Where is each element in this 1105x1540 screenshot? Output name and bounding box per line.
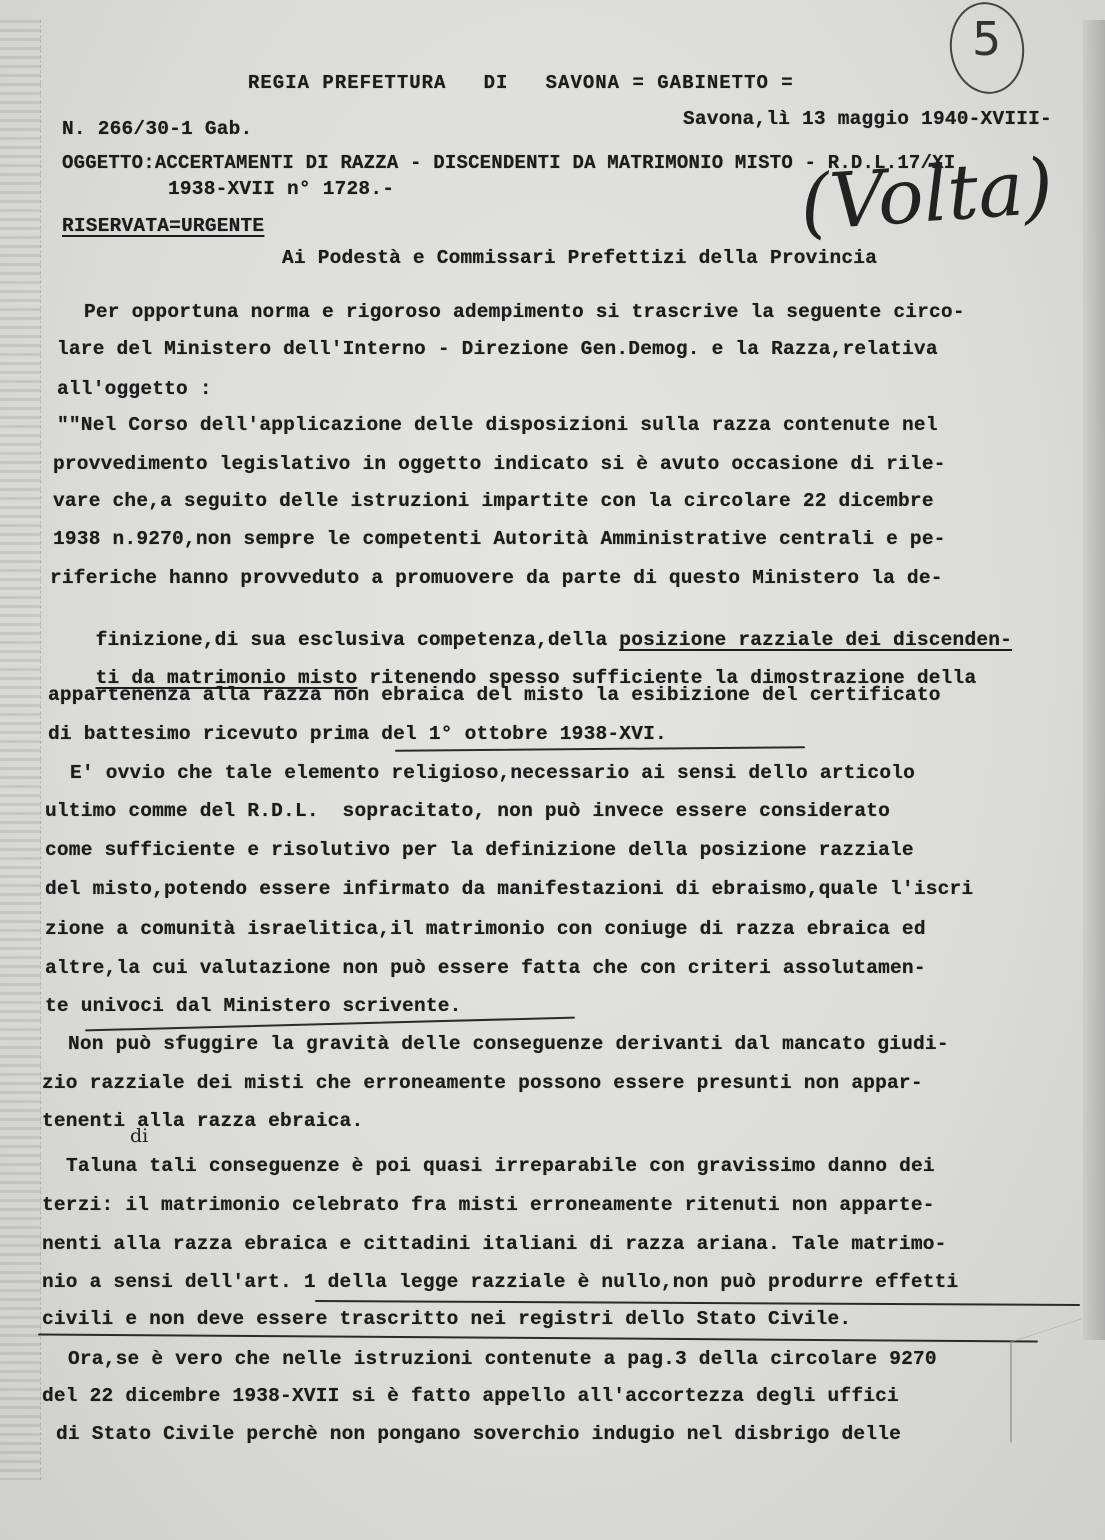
protocol-number: N. 266/30-1 Gab. [62, 118, 252, 140]
handwritten-insertion: di [130, 1125, 148, 1147]
body-line: ""Nel Corso dell'applicazione delle disp… [57, 414, 938, 436]
body-line: ultimo comme del R.D.L. sopracitato, non… [45, 800, 890, 822]
page-right-edge-shadow [1083, 20, 1105, 1340]
body-line: vare che,a seguito delle istruzioni impa… [53, 490, 934, 512]
addressee: Ai Podestà e Commissari Prefettizi della… [282, 247, 877, 269]
place-date: Savona,lì 13 maggio 1940-XVIII- [683, 108, 1052, 130]
body-line: di battesimo ricevuto prima del 1° ottob… [48, 723, 667, 745]
page-left-edge-shadow [0, 20, 41, 1480]
body-line: Per opportuna norma e rigoroso adempimen… [84, 301, 965, 323]
body-line: Ora,se è vero che nelle istruzioni conte… [68, 1348, 937, 1370]
hand-underline [315, 1300, 1080, 1306]
handwritten-volta-note: (Volta) [797, 141, 1056, 247]
hand-underline [395, 746, 805, 752]
classification-label: RISERVATA=URGENTE [62, 215, 264, 237]
body-line: riferiche hanno provveduto a promuovere … [50, 567, 943, 589]
page-number-annotation: 5 [972, 12, 1001, 66]
page-corner-fold [1010, 1318, 1082, 1442]
body-line: all'oggetto : [57, 378, 212, 400]
body-line: di Stato Civile perchè non pongano sover… [56, 1423, 901, 1445]
body-line: del misto,potendo essere infirmato da ma… [45, 878, 973, 900]
body-line: del 22 dicembre 1938-XVII si è fatto app… [42, 1385, 899, 1407]
body-line: civili e non deve essere trascritto nei … [42, 1308, 851, 1330]
body-line: provvedimento legislativo in oggetto ind… [53, 453, 946, 475]
subject-line-2: 1938-XVII n° 1728.- [168, 178, 394, 200]
body-line: Taluna tali conseguenze è poi quasi irre… [66, 1155, 935, 1177]
body-line: Non può sfuggire la gravità delle conseg… [68, 1033, 949, 1055]
body-line: altre,la cui valutazione non può essere … [45, 957, 926, 979]
body-line: zione a comunità israelitica,il matrimon… [45, 918, 926, 940]
body-line: 1938 n.9270,non sempre le competenti Aut… [53, 528, 946, 550]
scanned-document-page: 5 REGIA PREFETTURA DI SAVONA = GABINETTO… [0, 0, 1105, 1540]
body-line: nenti alla razza ebraica e cittadini ita… [42, 1233, 947, 1255]
body-line: tenenti alla razza ebraica. [42, 1110, 363, 1132]
body-line: te univoci dal Ministero scrivente. [45, 995, 462, 1017]
hand-underline [38, 1334, 1038, 1343]
body-line: terzi: il matrimonio celebrato fra misti… [42, 1194, 935, 1216]
body-line: lare del Ministero dell'Interno - Direzi… [57, 338, 938, 360]
body-line: E' ovvio che tale elemento religioso,nec… [70, 762, 915, 784]
body-line: come sufficiente e risolutivo per la def… [45, 839, 914, 861]
body-line: nio a sensi dell'art. 1 della legge razz… [42, 1271, 958, 1293]
body-line: zio razziale dei misti che erroneamente … [42, 1072, 923, 1094]
hand-underline [85, 1017, 575, 1032]
body-line: appartenenza alla razza non ebraica del … [48, 684, 941, 706]
office-header: REGIA PREFETTURA DI SAVONA = GABINETTO = [248, 72, 794, 94]
